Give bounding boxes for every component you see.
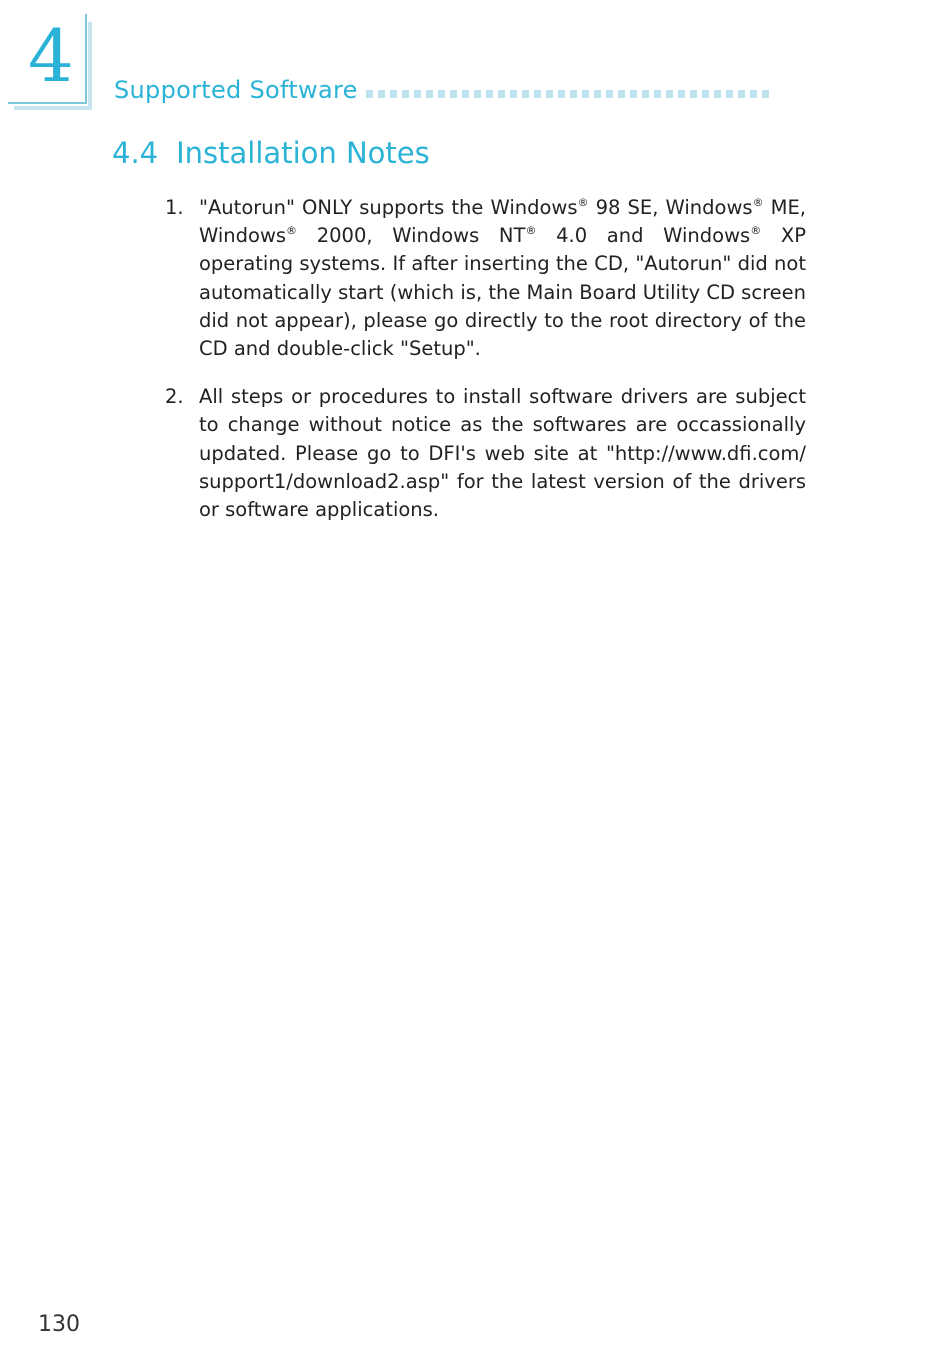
leader-dot (558, 90, 565, 98)
registered-mark: ® (578, 196, 589, 209)
section-number: 4.4 (112, 136, 158, 170)
leader-dot (618, 90, 625, 98)
chapter-title: Supported Software (114, 76, 358, 104)
leader-dot (498, 90, 505, 98)
leader-dot (426, 90, 433, 98)
leader-dot (594, 90, 601, 98)
leader-dot (654, 90, 661, 98)
leader-dot (486, 90, 493, 98)
leader-dot (474, 90, 481, 98)
leader-dot (522, 90, 529, 98)
chapter-number: 4 (28, 16, 74, 96)
leader-dot (582, 90, 589, 98)
leader-dot (414, 90, 421, 98)
note-number: 2. (160, 383, 199, 524)
leader-dot (762, 90, 769, 98)
leader-dot (738, 90, 745, 98)
registered-mark: ® (286, 224, 297, 237)
leader-dot (702, 90, 709, 98)
chapter-header: Supported Software (114, 76, 769, 104)
leader-dot (438, 90, 445, 98)
note-text: "Autorun" ONLY supports the Windows® 98 … (199, 194, 806, 363)
page-number: 130 (38, 1312, 80, 1337)
leader-dot (750, 90, 757, 98)
note-item: 2.All steps or procedures to install sof… (160, 383, 806, 524)
leader-dot (606, 90, 613, 98)
leader-dot (570, 90, 577, 98)
leader-dot (546, 90, 553, 98)
leader-dot (390, 90, 397, 98)
leader-dot (462, 90, 469, 98)
installation-notes-list: 1."Autorun" ONLY supports the Windows® 9… (160, 194, 806, 544)
section-heading: 4.4Installation Notes (112, 136, 430, 170)
leader-dot (366, 90, 373, 98)
leader-dot (666, 90, 673, 98)
leader-dot (402, 90, 409, 98)
section-title: Installation Notes (176, 136, 430, 170)
registered-mark: ® (753, 196, 764, 209)
leader-dot (378, 90, 385, 98)
leader-dot (534, 90, 541, 98)
leader-dot (450, 90, 457, 98)
leader-dot (630, 90, 637, 98)
leader-dot (714, 90, 721, 98)
note-text: All steps or procedures to install softw… (199, 383, 806, 524)
note-item: 1."Autorun" ONLY supports the Windows® 9… (160, 194, 806, 363)
registered-mark: ® (750, 224, 761, 237)
leader-dot (642, 90, 649, 98)
leader-dot (690, 90, 697, 98)
dot-leader (366, 90, 769, 98)
leader-dot (678, 90, 685, 98)
leader-dot (726, 90, 733, 98)
registered-mark: ® (525, 224, 536, 237)
note-number: 1. (160, 194, 199, 363)
leader-dot (510, 90, 517, 98)
